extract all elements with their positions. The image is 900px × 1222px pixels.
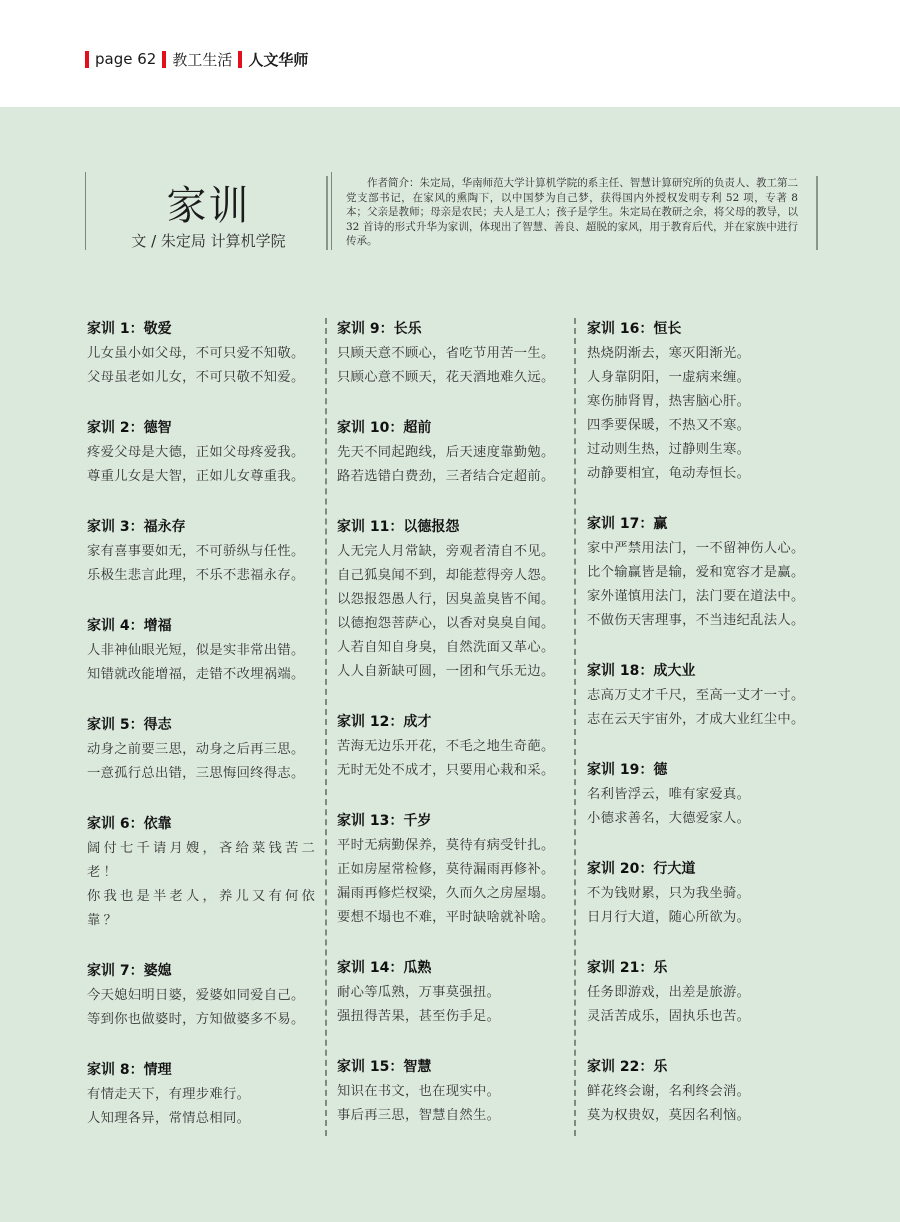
motto-line: 不为钱财累，只为我坐骑。 bbox=[587, 882, 827, 906]
motto-title: 家训 5：得志 bbox=[87, 716, 327, 734]
motto-title: 家训 22：乐 bbox=[587, 1058, 827, 1076]
motto-line: 家中严禁用法门，一不留神伤人心。 bbox=[587, 537, 827, 561]
motto-title: 家训 14：瓜熟 bbox=[337, 959, 577, 977]
motto-line: 耐心等瓜熟，万事莫强扭。 bbox=[337, 981, 577, 1005]
motto-line: 乐极生悲言此理，不乐不悲福永存。 bbox=[87, 564, 327, 588]
motto-line: 靠？ bbox=[87, 909, 327, 933]
motto-title: 家训 16：恒长 bbox=[587, 320, 827, 338]
motto-title: 家训 17：赢 bbox=[587, 515, 827, 533]
family-motto-item: 家训 12：成才苦海无边乐开花，不毛之地生奇葩。无时无处不成才，只要用心栽和采。 bbox=[337, 713, 577, 783]
motto-line: 只顾天意不顾心，省吃节用苦一生。 bbox=[337, 342, 577, 366]
motto-line: 动静要相宜，龟动寿恒长。 bbox=[587, 462, 827, 486]
red-marker-icon bbox=[85, 51, 89, 68]
motto-line: 人人自新缺可圆，一团和气乐无边。 bbox=[337, 660, 577, 684]
motto-line: 以德抱怨菩萨心，以香对臭臭自闻。 bbox=[337, 612, 577, 636]
motto-line: 路若选错白费劲，三者结合定超前。 bbox=[337, 465, 577, 489]
motto-title: 家训 9：长乐 bbox=[337, 320, 577, 338]
motto-line: 莫为权贵奴，莫因名利恼。 bbox=[587, 1104, 827, 1128]
family-motto-item: 家训 15：智慧知识在书文，也在现实中。事后再三思，智慧自然生。 bbox=[337, 1058, 577, 1128]
family-motto-item: 家训 13：千岁平时无病勤保养，莫待有病受针扎。正如房屋常检修，莫待漏雨再修补。… bbox=[337, 812, 577, 930]
motto-line: 动身之前要三思，动身之后再三思。 bbox=[87, 738, 327, 762]
family-motto-item: 家训 22：乐鲜花终会谢，名利终会消。莫为权贵奴，莫因名利恼。 bbox=[587, 1058, 827, 1128]
motto-line: 今天媳妇明日婆，爱婆如同爱自己。 bbox=[87, 984, 327, 1008]
motto-line: 只顾心意不顾天，花天酒地难久远。 bbox=[337, 366, 577, 390]
column-1: 家训 1：敬爱儿女虽小如父母，不可只爱不知敬。父母虽老如儿女，不可只敬不知爱。家… bbox=[87, 320, 327, 1160]
motto-line: 老！ bbox=[87, 861, 327, 885]
family-motto-item: 家训 4：增福人非神仙眼光短，似是实非常出错。知错就改能增福，走错不改埋祸端。 bbox=[87, 617, 327, 687]
motto-line: 不做伤天害理事，不当违纪乱法人。 bbox=[587, 609, 827, 633]
family-motto-item: 家训 6：依靠阔付七千请月嫂，吝给菜钱苦二老！你我也是半老人，养儿又有何依靠？ bbox=[87, 815, 327, 933]
motto-line: 一意孤行总出错，三思悔回终得志。 bbox=[87, 762, 327, 786]
motto-line: 过动则生热，过静则生寒。 bbox=[587, 438, 827, 462]
motto-line: 热烧阴渐去，寒灭阳渐光。 bbox=[587, 342, 827, 366]
motto-line: 儿女虽小如父母，不可只爱不知敬。 bbox=[87, 342, 327, 366]
motto-title: 家训 18：成大业 bbox=[587, 662, 827, 680]
motto-line: 人若自知自身臭，自然洗面又革心。 bbox=[337, 636, 577, 660]
motto-title: 家训 12：成才 bbox=[337, 713, 577, 731]
family-motto-item: 家训 3：福永存家有喜事要如无，不可骄纵与任性。乐极生悲言此理，不乐不悲福永存。 bbox=[87, 518, 327, 588]
running-header: page 62 教工生活 人文华师 bbox=[85, 48, 314, 70]
motto-line: 强扭得苦果，甚至伤手足。 bbox=[337, 1005, 577, 1029]
motto-line: 寒伤肺肾胃，热害脑心肝。 bbox=[587, 390, 827, 414]
motto-line: 比个输赢皆是输，爱和宽容才是赢。 bbox=[587, 561, 827, 585]
motto-line: 事后再三思，智慧自然生。 bbox=[337, 1104, 577, 1128]
article-title: 家训 bbox=[86, 174, 331, 231]
motto-line: 等到你也做婆时，方知做婆多不易。 bbox=[87, 1008, 327, 1032]
family-motto-item: 家训 8：情理有情走天下，有理步难行。人知理各异，常情总相同。 bbox=[87, 1061, 327, 1131]
family-motto-item: 家训 5：得志动身之前要三思，动身之后再三思。一意孤行总出错，三思悔回终得志。 bbox=[87, 716, 327, 786]
motto-title: 家训 3：福永存 bbox=[87, 518, 327, 536]
motto-line: 任务即游戏，出差是旅游。 bbox=[587, 981, 827, 1005]
motto-line: 平时无病勤保养，莫待有病受针扎。 bbox=[337, 834, 577, 858]
motto-title: 家训 11：以德报怨 bbox=[337, 518, 577, 536]
family-motto-item: 家训 16：恒长热烧阴渐去，寒灭阳渐光。人身靠阴阳，一虚病来缠。寒伤肺肾胃，热害… bbox=[587, 320, 827, 486]
family-motto-item: 家训 2：德智疼爱父母是大德，正如父母疼爱我。尊重儿女是大智，正如儿女尊重我。 bbox=[87, 419, 327, 489]
column-3: 家训 16：恒长热烧阴渐去，寒灭阳渐光。人身靠阴阳，一虚病来缠。寒伤肺肾胃，热害… bbox=[587, 320, 827, 1157]
motto-line: 日月行大道，随心所欲为。 bbox=[587, 906, 827, 930]
motto-line: 正如房屋常检修，莫待漏雨再修补。 bbox=[337, 858, 577, 882]
motto-line: 有情走天下，有理步难行。 bbox=[87, 1083, 327, 1107]
motto-title: 家训 7：婆媳 bbox=[87, 962, 327, 980]
motto-title: 家训 21：乐 bbox=[587, 959, 827, 977]
motto-title: 家训 10：超前 bbox=[337, 419, 577, 437]
motto-line: 以怨报怨愚人行，因臭盖臭皆不闻。 bbox=[337, 588, 577, 612]
author-intro-block: 作者简介：朱定局，华南师范大学计算机学院的系主任、智慧计算研究所的负责人、教工第… bbox=[326, 176, 818, 250]
family-motto-item: 家训 19：德名利皆浮云，唯有家爱真。小德求善名，大德爱家人。 bbox=[587, 761, 827, 831]
family-motto-item: 家训 20：行大道不为钱财累，只为我坐骑。日月行大道，随心所欲为。 bbox=[587, 860, 827, 930]
page-number: page 62 bbox=[95, 50, 156, 68]
family-motto-item: 家训 11：以德报怨人无完人月常缺，旁观者清自不见。自己狐臭闻不到，却能惹得旁人… bbox=[337, 518, 577, 684]
red-marker-icon bbox=[162, 51, 166, 68]
family-motto-item: 家训 17：赢家中严禁用法门，一不留神伤人心。比个输赢皆是输，爱和宽容才是赢。家… bbox=[587, 515, 827, 633]
family-motto-item: 家训 1：敬爱儿女虽小如父母，不可只爱不知敬。父母虽老如儿女，不可只敬不知爱。 bbox=[87, 320, 327, 390]
column-2: 家训 9：长乐只顾天意不顾心，省吃节用苦一生。只顾心意不顾天，花天酒地难久远。家… bbox=[337, 320, 577, 1157]
motto-line: 自己狐臭闻不到，却能惹得旁人怨。 bbox=[337, 564, 577, 588]
motto-title: 家训 20：行大道 bbox=[587, 860, 827, 878]
motto-line: 疼爱父母是大德，正如父母疼爱我。 bbox=[87, 441, 327, 465]
motto-line: 志在云天宇宙外，才成大业红尘中。 bbox=[587, 708, 827, 732]
motto-line: 你我也是半老人，养儿又有何依 bbox=[87, 885, 327, 909]
motto-line: 苦海无边乐开花，不毛之地生奇葩。 bbox=[337, 735, 577, 759]
motto-line: 人身靠阴阳，一虚病来缠。 bbox=[587, 366, 827, 390]
motto-line: 名利皆浮云，唯有家爱真。 bbox=[587, 783, 827, 807]
article-byline: 文 / 朱定局 计算机学院 bbox=[86, 230, 331, 251]
motto-line: 小德求善名，大德爱家人。 bbox=[587, 807, 827, 831]
motto-title: 家训 6：依靠 bbox=[87, 815, 327, 833]
motto-line: 人无完人月常缺，旁观者清自不见。 bbox=[337, 540, 577, 564]
motto-title: 家训 4：增福 bbox=[87, 617, 327, 635]
motto-line: 家有喜事要如无，不可骄纵与任性。 bbox=[87, 540, 327, 564]
motto-line: 尊重儿女是大智，正如儿女尊重我。 bbox=[87, 465, 327, 489]
motto-line: 先天不同起跑线，后天速度靠勤勉。 bbox=[337, 441, 577, 465]
motto-line: 灵活苦成乐，固执乐也苦。 bbox=[587, 1005, 827, 1029]
family-motto-item: 家训 9：长乐只顾天意不顾心，省吃节用苦一生。只顾心意不顾天，花天酒地难久远。 bbox=[337, 320, 577, 390]
motto-title: 家训 1：敬爱 bbox=[87, 320, 327, 338]
family-motto-item: 家训 7：婆媳今天媳妇明日婆，爱婆如同爱自己。等到你也做婆时，方知做婆多不易。 bbox=[87, 962, 327, 1032]
motto-line: 人知理各异，常情总相同。 bbox=[87, 1107, 327, 1131]
motto-line: 四季要保暖，不热又不寒。 bbox=[587, 414, 827, 438]
motto-title: 家训 2：德智 bbox=[87, 419, 327, 437]
column-name: 人文华师 bbox=[248, 49, 308, 70]
running-header-area: page 62 教工生活 人文华师 bbox=[0, 0, 900, 107]
family-motto-item: 家训 14：瓜熟耐心等瓜熟，万事莫强扭。强扭得苦果，甚至伤手足。 bbox=[337, 959, 577, 1029]
motto-line: 鲜花终会谢，名利终会消。 bbox=[587, 1080, 827, 1104]
motto-line: 知错就改能增福，走错不改埋祸端。 bbox=[87, 663, 327, 687]
motto-line: 漏雨再修烂杈梁，久而久之房屋塌。 bbox=[337, 882, 577, 906]
section-name: 教工生活 bbox=[172, 49, 232, 70]
motto-title: 家训 15：智慧 bbox=[337, 1058, 577, 1076]
motto-line: 知识在书文，也在现实中。 bbox=[337, 1080, 577, 1104]
author-intro: 作者简介：朱定局，华南师范大学计算机学院的系主任、智慧计算研究所的负责人、教工第… bbox=[328, 176, 816, 249]
motto-line: 志高万丈才千尺，至高一丈才一寸。 bbox=[587, 684, 827, 708]
motto-line: 人非神仙眼光短，似是实非常出错。 bbox=[87, 639, 327, 663]
family-motto-item: 家训 18：成大业志高万丈才千尺，至高一丈才一寸。志在云天宇宙外，才成大业红尘中… bbox=[587, 662, 827, 732]
motto-line: 阔付七千请月嫂，吝给菜钱苦二 bbox=[87, 837, 327, 861]
motto-line: 家外谨慎用法门，法门要在道法中。 bbox=[587, 585, 827, 609]
motto-line: 无时无处不成才，只要用心栽和采。 bbox=[337, 759, 577, 783]
family-motto-item: 家训 21：乐任务即游戏，出差是旅游。灵活苦成乐，固执乐也苦。 bbox=[587, 959, 827, 1029]
red-marker-icon bbox=[238, 51, 242, 68]
motto-line: 父母虽老如儿女，不可只敬不知爱。 bbox=[87, 366, 327, 390]
motto-title: 家训 8：情理 bbox=[87, 1061, 327, 1079]
motto-title: 家训 19：德 bbox=[587, 761, 827, 779]
motto-title: 家训 13：千岁 bbox=[337, 812, 577, 830]
title-block: 家训 文 / 朱定局 计算机学院 bbox=[85, 172, 332, 250]
motto-line: 要想不塌也不难，平时缺啥就补啥。 bbox=[337, 906, 577, 930]
family-motto-item: 家训 10：超前先天不同起跑线，后天速度靠勤勉。路若选错白费劲，三者结合定超前。 bbox=[337, 419, 577, 489]
